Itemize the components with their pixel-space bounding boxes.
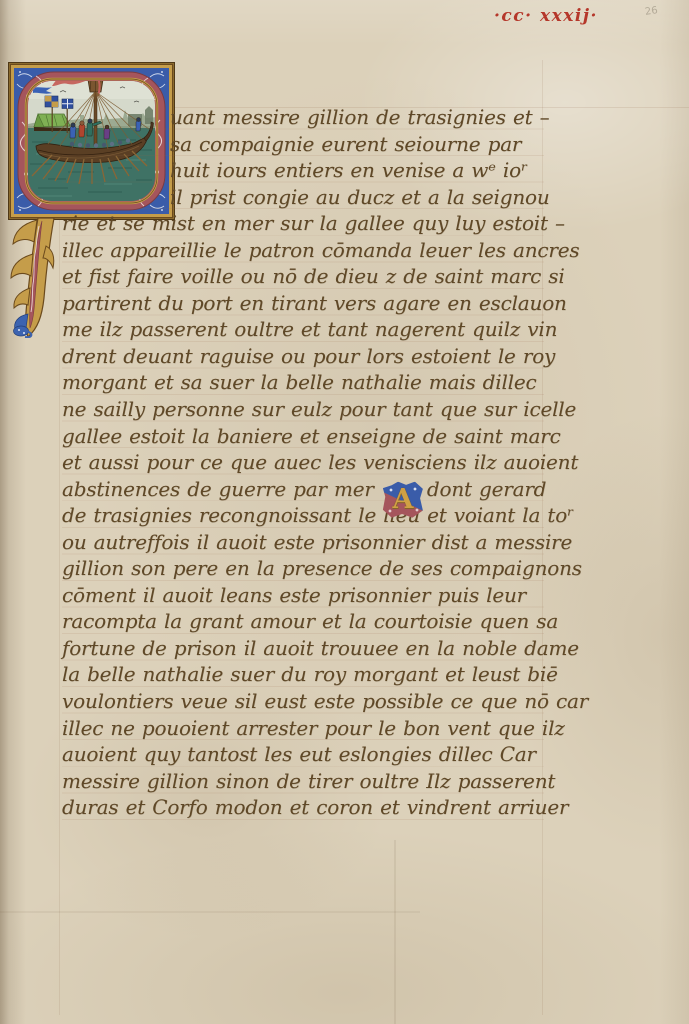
text-line: illec appareillie le patron cōmanda leue… xyxy=(62,237,544,264)
text-line: huit iours entiers en venise a wᵉ ioʳ xyxy=(170,157,544,184)
text-line: et fist faire voille ou nō de dieu z de … xyxy=(62,263,544,290)
text-line: ne sailly personne sur eulz pour tant qu… xyxy=(62,396,544,423)
text-line: uant messire gillion de trasignies et – xyxy=(170,104,544,131)
text-line: morgant et sa suer la belle nathalie mai… xyxy=(62,369,544,396)
text-line: il prist congie au ducz et a la seignou xyxy=(170,184,544,211)
initial-q-tail-flourish xyxy=(6,218,60,338)
text-line: cōment il auoit leans este prisonnier pu… xyxy=(62,582,544,609)
text-line: et aussi pour ce que auec les venisciens… xyxy=(62,449,544,476)
text-line: me ilz passerent oultre et tant nagerent… xyxy=(62,316,544,343)
text-span: abstinences de guerre par mer xyxy=(62,477,381,501)
pencil-foliation: 26 xyxy=(644,5,658,18)
text-line: duras et Corfo modon et coron et vindren… xyxy=(62,794,544,821)
text-line: auoient quy tantost les eut eslongies di… xyxy=(62,741,544,768)
initial-a-letter: A xyxy=(383,483,423,517)
illuminated-initial-a: A xyxy=(383,482,423,518)
text-line: gillion son pere en la presence de ses c… xyxy=(62,555,544,582)
text-line: illec ne pouoient arrester pour le bon v… xyxy=(62,715,544,742)
parchment-crease-horizontal xyxy=(0,911,420,913)
text-line: fortune de prison il auoit trouuee en la… xyxy=(62,635,544,662)
text-line: rie et se mist en mer sur la gallee quy … xyxy=(62,210,544,237)
text-span: dont gerard xyxy=(427,477,546,501)
text-line: messire gillion sinon de tirer oultre Il… xyxy=(62,768,544,795)
text-line-with-initial: abstinences de guerre par mer Adont gera… xyxy=(62,476,544,503)
text-line: voulontiers veue sil eust este possible … xyxy=(62,688,544,715)
text-line: la belle nathalie suer du roy morgant et… xyxy=(62,661,544,688)
text-line: de trasignies recongnoissant le lieu et … xyxy=(62,502,544,529)
text-block: uant messire gillion de trasignies et – … xyxy=(62,104,544,821)
text-line: racompta la grant amour et la courtoisie… xyxy=(62,608,544,635)
parchment-crease-vertical xyxy=(394,840,396,1024)
text-line: partirent du port en tirant vers agare e… xyxy=(62,290,544,317)
folio-number-rubric: ·cc· xxxij· xyxy=(494,6,614,26)
manuscript-page: ·cc· xxxij· 26 xyxy=(0,0,689,1024)
text-line: ou autreffois il auoit este prisonnier d… xyxy=(62,529,544,556)
text-line: sa compaignie eurent seiourne par xyxy=(170,131,544,158)
text-line: gallee estoit la baniere et enseigne de … xyxy=(62,423,544,450)
text-line: drent deuant raguise ou pour lors estoie… xyxy=(62,343,544,370)
